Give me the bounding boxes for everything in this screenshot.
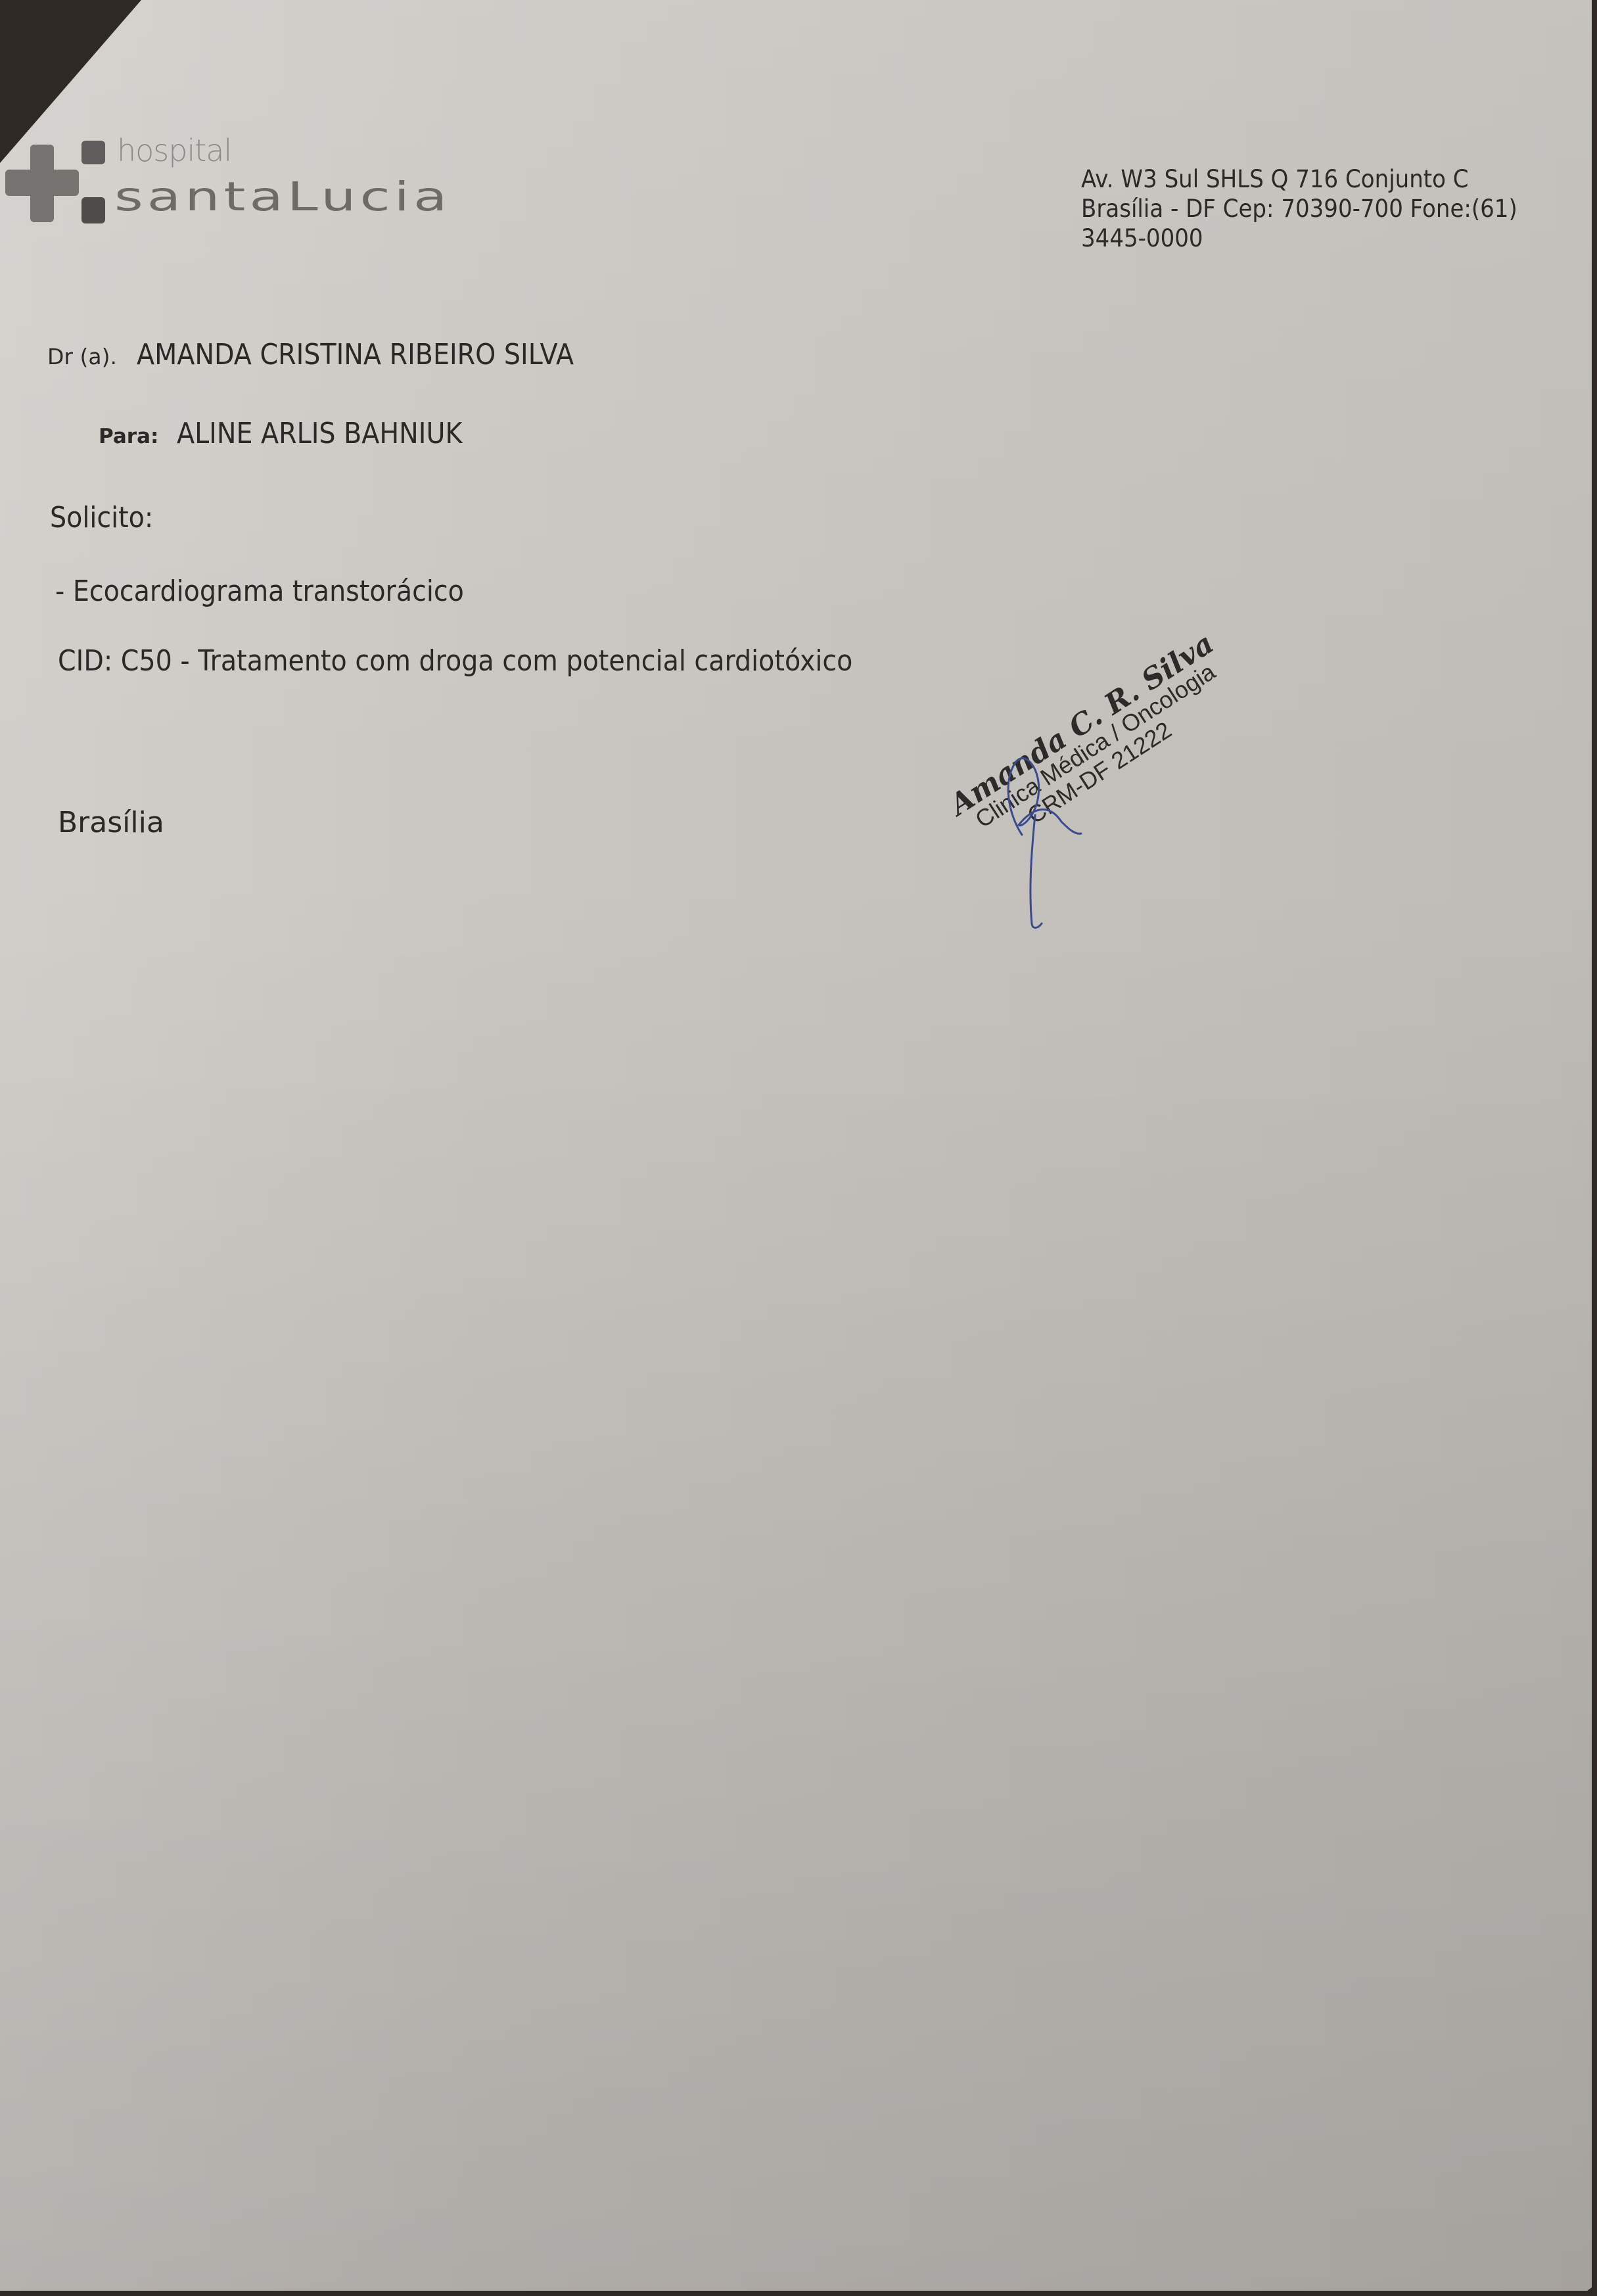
doctor-line: Dr (a). AMANDA CRISTINA RIBEIRO SILVA (47, 338, 622, 371)
paper-shadow (0, 920, 1592, 2291)
patient-label: Para: (99, 425, 158, 448)
city: Brasília (58, 806, 164, 839)
requested-exam: - Ecocardiograma transtorácico (55, 574, 509, 608)
doctor-label: Dr (a). (47, 344, 117, 369)
doctor-name: AMANDA CRISTINA RIBEIRO SILVA (137, 338, 574, 371)
logo-word-hospital: hospital (117, 133, 231, 168)
address-line: Av. W3 Sul SHLS Q 716 Conjunto C (1081, 164, 1540, 194)
patient-name: ALINE ARLIS BAHNIUK (177, 417, 462, 450)
request-label: Solicito: (50, 501, 165, 534)
patient-line: Para: ALINE ARLIS BAHNIUK (99, 417, 494, 450)
signature-icon (910, 736, 1213, 933)
logo-word-santalucia: santaLucia (114, 174, 451, 220)
paper-sheet: hospital santaLucia Av. W3 Sul SHLS Q 71… (0, 0, 1592, 2291)
address-line: Brasília - DF Cep: 70390-700 Fone:(61) (1081, 194, 1540, 223)
hospital-logo: hospital santaLucia (4, 137, 543, 235)
doctor-stamp: Amanda C. R. Silva Clinica Médica / Onco… (910, 736, 1213, 933)
hospital-address: Av. W3 Sul SHLS Q 716 Conjunto C Brasíli… (1081, 164, 1540, 253)
hospital-cross-icon (4, 137, 109, 242)
cid-justification: CID: C50 - Tratamento com droga com pote… (58, 644, 941, 678)
address-line: 3445-0000 (1081, 223, 1540, 253)
